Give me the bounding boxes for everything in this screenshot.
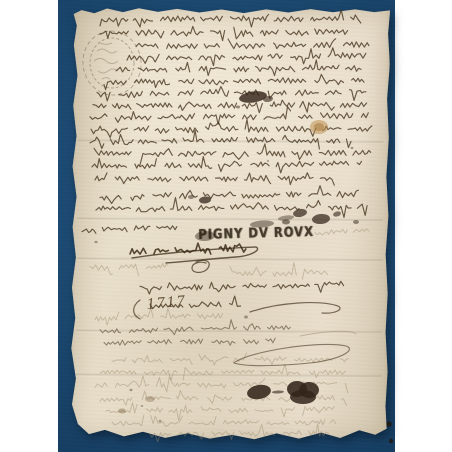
manuscript-paper-wrap [71, 7, 389, 440]
page-background: PIGNY DV ROVX 1717 [0, 0, 452, 452]
document-year: 1717 [146, 293, 187, 314]
manuscript-paper [70, 6, 390, 441]
fold-crease [78, 139, 383, 144]
fold-crease [77, 257, 382, 262]
fold-crease [77, 329, 382, 334]
fold-crease [77, 217, 382, 222]
notary-stamp-text: PIGNY DV ROVX [198, 223, 328, 243]
fold-crease [77, 373, 382, 378]
